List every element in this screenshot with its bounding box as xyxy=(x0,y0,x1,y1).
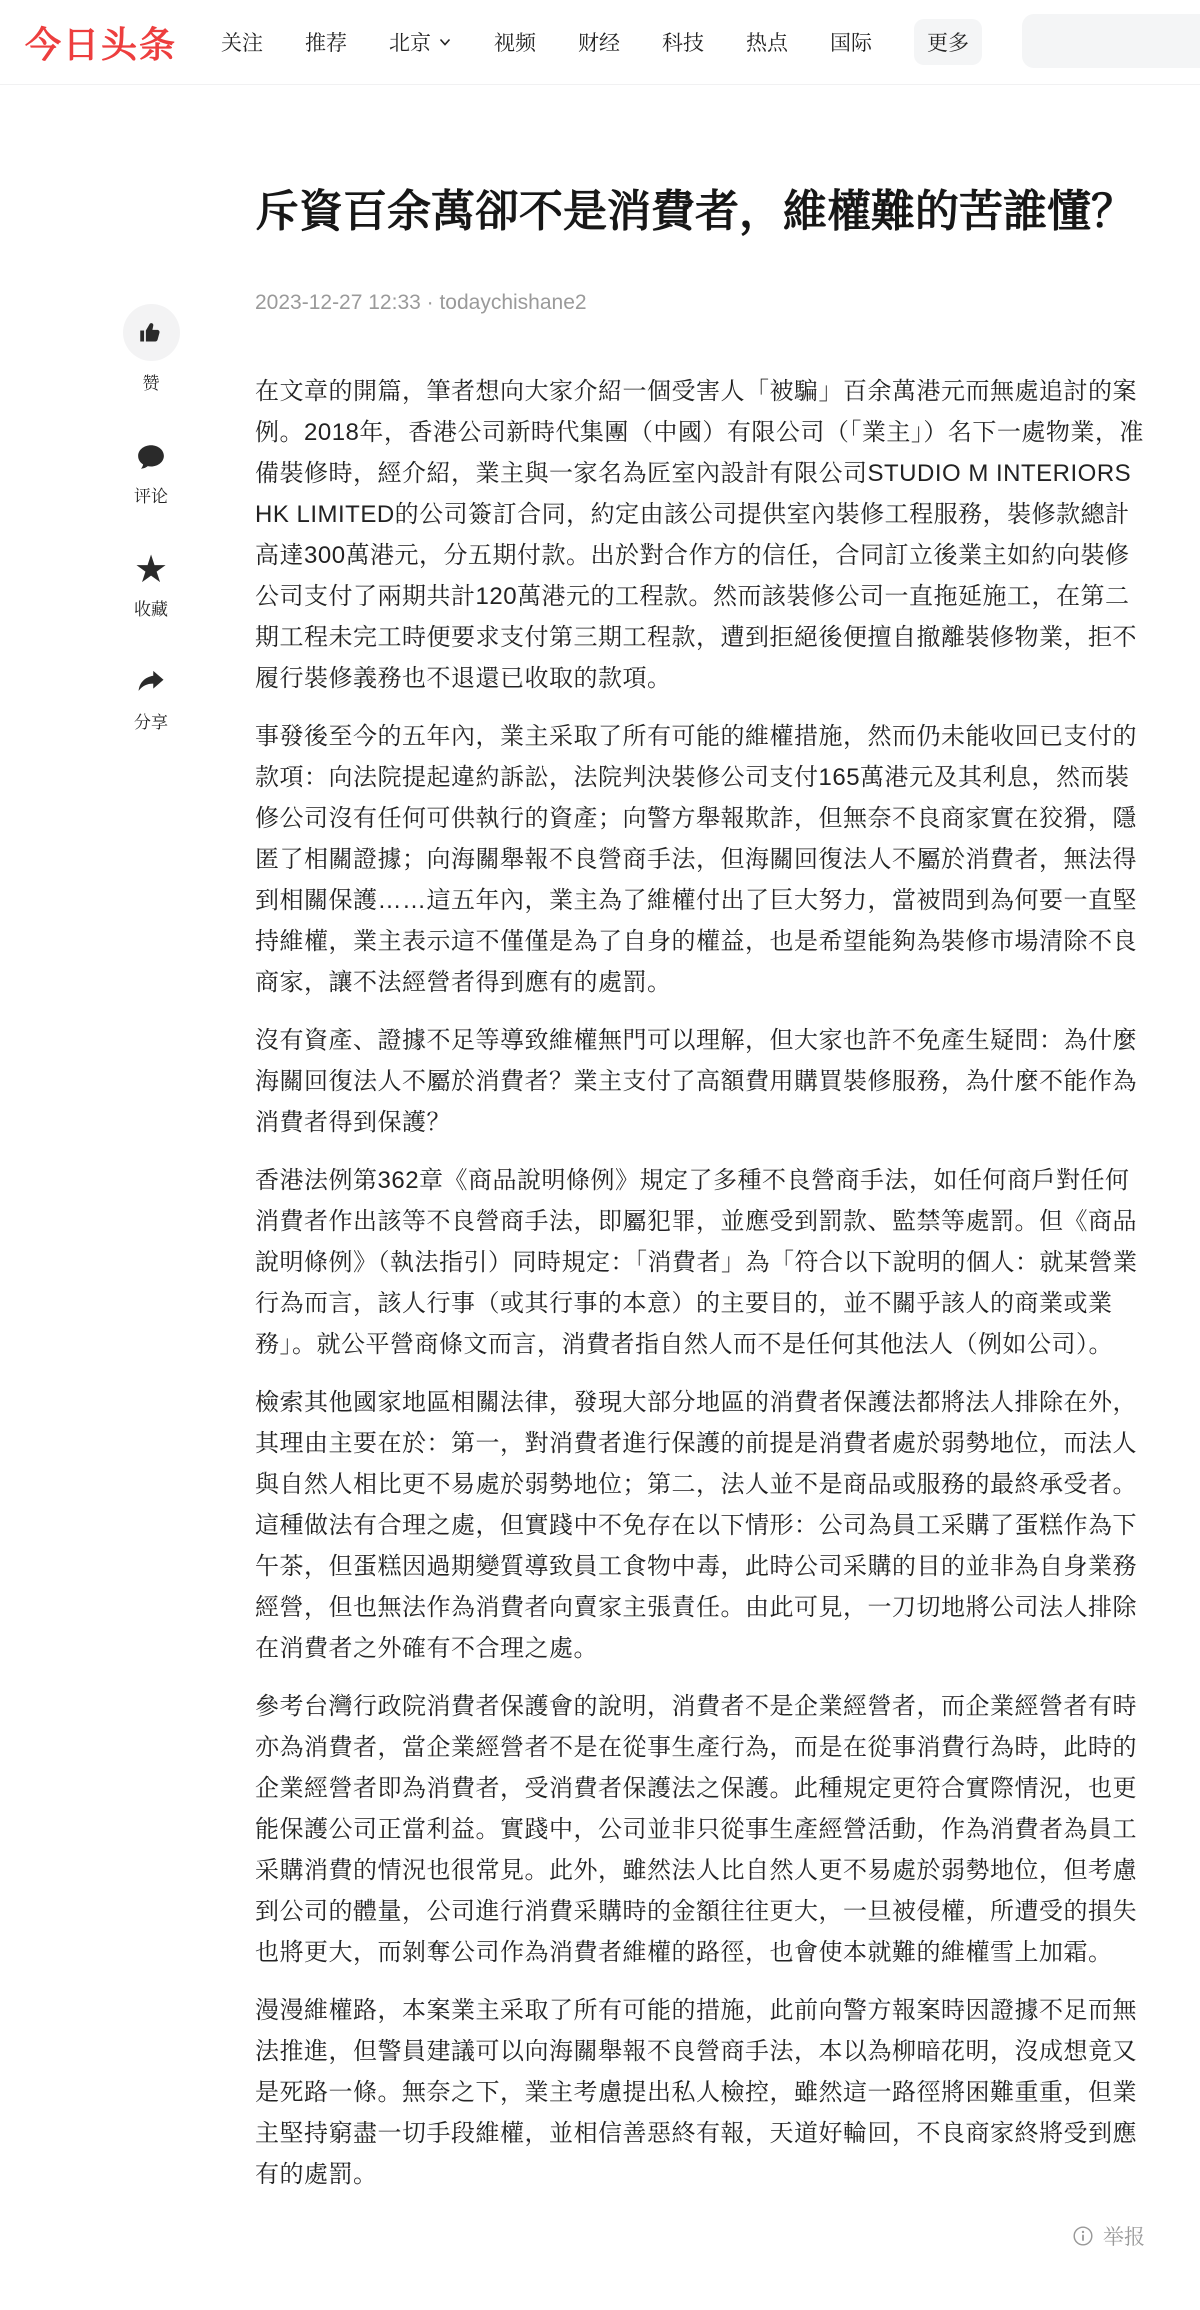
search-box[interactable] xyxy=(1022,14,1200,68)
nav-item-more[interactable]: 更多 xyxy=(914,19,982,65)
nav-item-label: 财经 xyxy=(578,27,620,57)
comment-label: 评论 xyxy=(118,482,184,507)
share-button[interactable]: 分享 xyxy=(118,666,184,733)
nav-item-recommend[interactable]: 推荐 xyxy=(305,27,347,57)
nav-item-international[interactable]: 国际 xyxy=(830,27,872,57)
report-button[interactable]: 举报 xyxy=(255,2221,1147,2251)
article-paragraph: 檢索其他國家地區相關法律，發現大部分地區的消費者保護法都將法人排除在外，其理由主… xyxy=(255,1382,1147,1669)
chevron-down-icon xyxy=(438,35,452,49)
favorite-button[interactable]: ★ 收藏 xyxy=(118,553,184,620)
nav-item-label: 关注 xyxy=(221,27,263,57)
article-paragraph: 沒有資產、證據不足等導致維權無門可以理解，但大家也許不免產生疑問：為什麼海關回復… xyxy=(255,1020,1147,1143)
article-content: 斥資百余萬卻不是消費者，維權難的苦誰懂？ 2023-12-27 12:33 · … xyxy=(255,85,1147,2251)
nav-item-label: 更多 xyxy=(927,27,969,57)
nav-item-label: 视频 xyxy=(494,27,536,57)
like-label: 赞 xyxy=(118,369,184,394)
info-icon xyxy=(1072,2225,1094,2247)
like-button-circle[interactable] xyxy=(123,304,180,361)
main-nav: 关注 推荐 北京 视频 财经 科技 热点 国际 更多 xyxy=(221,19,982,65)
nav-item-hot[interactable]: 热点 xyxy=(746,27,788,57)
page-title: 斥資百余萬卻不是消費者，維權難的苦誰懂？ xyxy=(255,180,1147,243)
article-paragraph: 事發後至今的五年內，業主采取了所有可能的維權措施，然而仍未能收回已支付的款項：向… xyxy=(255,716,1147,1003)
article-page: 赞 评论 ★ 收藏 分享 斥資百余萬卻不是消費者， xyxy=(0,85,1200,2251)
nav-item-follow[interactable]: 关注 xyxy=(221,27,263,57)
favorite-label: 收藏 xyxy=(118,595,184,620)
toutiao-logo[interactable]: 今日头条 xyxy=(25,17,177,68)
action-rail: 赞 评论 ★ 收藏 分享 xyxy=(118,304,184,779)
nav-item-video[interactable]: 视频 xyxy=(494,27,536,57)
nav-item-label: 国际 xyxy=(830,27,872,57)
article-meta: 2023-12-27 12:33 · todaychishane2 xyxy=(255,291,1147,315)
nav-item-tech[interactable]: 科技 xyxy=(662,27,704,57)
article-paragraph: 在文章的開篇，筆者想向大家介紹一個受害人「被騙」百余萬港元而無處追討的案例。20… xyxy=(255,371,1147,699)
share-icon xyxy=(118,666,184,700)
nav-item-finance[interactable]: 财经 xyxy=(578,27,620,57)
like-button[interactable]: 赞 xyxy=(118,304,184,394)
comment-button[interactable]: 评论 xyxy=(118,440,184,507)
nav-item-label: 北京 xyxy=(389,27,431,57)
nav-item-label: 科技 xyxy=(662,27,704,57)
star-icon: ★ xyxy=(118,553,184,587)
article-paragraph: 香港法例第362章《商品說明條例》規定了多種不良營商手法，如任何商戶對任何消費者… xyxy=(255,1160,1147,1365)
share-label: 分享 xyxy=(118,708,184,733)
article-paragraph: 漫漫維權路，本案業主采取了所有可能的措施，此前向警方報案時因證據不足而無法推進，… xyxy=(255,1990,1147,2195)
nav-item-label: 推荐 xyxy=(305,27,347,57)
top-navbar: 今日头条 关注 推荐 北京 视频 财经 科技 热点 国际 更多 xyxy=(0,0,1200,85)
report-label: 举报 xyxy=(1103,2221,1145,2251)
article-paragraph: 參考台灣行政院消費者保護會的說明，消費者不是企業經營者，而企業經營者有時亦為消費… xyxy=(255,1686,1147,1973)
nav-item-beijing[interactable]: 北京 xyxy=(389,27,452,57)
comment-icon xyxy=(118,440,184,474)
nav-item-label: 热点 xyxy=(746,27,788,57)
thumbs-up-icon xyxy=(138,319,165,346)
